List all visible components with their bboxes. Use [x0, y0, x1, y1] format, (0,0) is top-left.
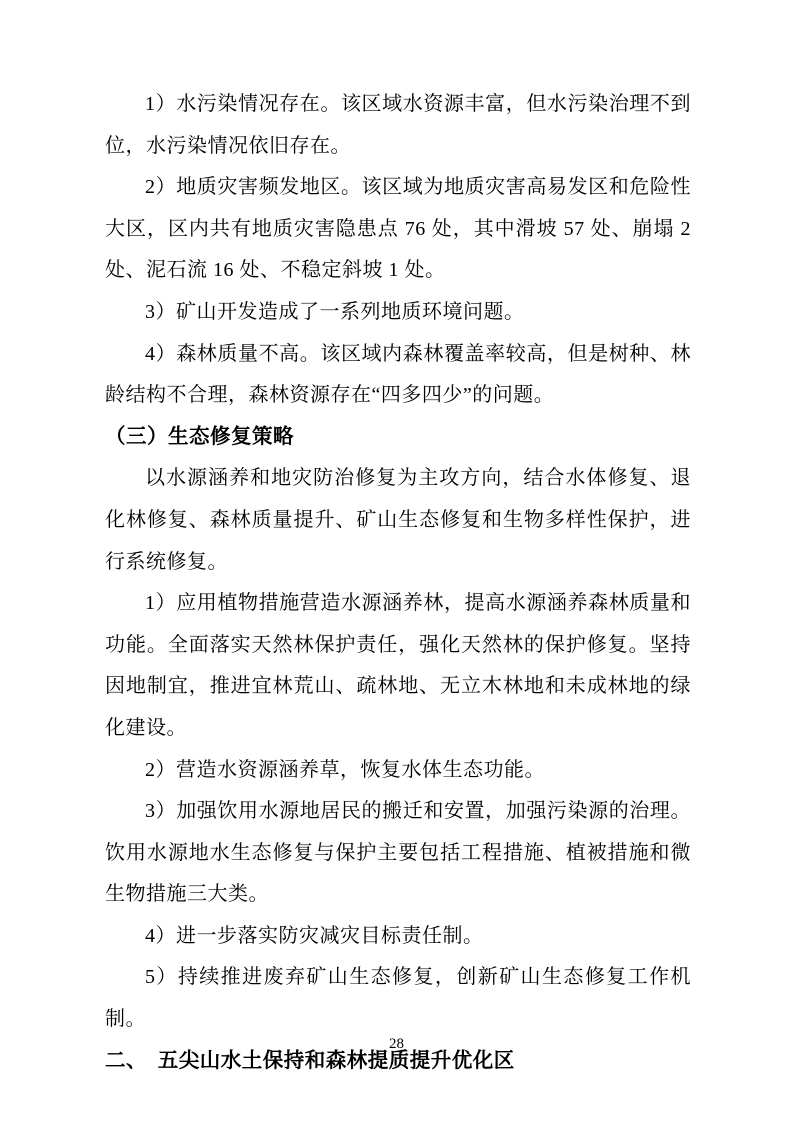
- paragraph-strategy-item-4: 4）进一步落实防灾减灾目标责任制。: [105, 916, 691, 958]
- paragraph-geological-hazards: 2）地质灾害频发地区。该区域为地质灾害高易发区和危险性大区，区内共有地质灾害隐患…: [105, 167, 691, 292]
- paragraph-water-pollution: 1）水污染情况存在。该区域水资源丰富，但水污染治理不到位，水污染情况依旧存在。: [105, 84, 691, 167]
- paragraph-strategy-item-5: 5）持续推进废弃矿山生态修复，创新矿山生态修复工作机制。: [105, 957, 691, 1040]
- paragraph-strategy-item-2: 2）营造水资源涵养草，恢复水体生态功能。: [105, 750, 691, 792]
- document-page: 1）水污染情况存在。该区域水资源丰富，但水污染治理不到位，水污染情况依旧存在。 …: [0, 0, 793, 1122]
- paragraph-strategy-overview: 以水源涵养和地灾防治修复为主攻方向，结合水体修复、退化林修复、森林质量提升、矿山…: [105, 458, 691, 583]
- subsection-heading-restoration-strategy: （三）生态修复策略: [105, 417, 691, 459]
- paragraph-mining-issues: 3）矿山开发造成了一系列地质环境问题。: [105, 292, 691, 334]
- paragraph-forest-quality: 4）森林质量不高。该区域内森林覆盖率较高，但是树种、林龄结构不合理，森林资源存在…: [105, 334, 691, 417]
- document-body: 1）水污染情况存在。该区域水资源丰富，但水污染治理不到位，水污染情况依旧存在。 …: [105, 84, 691, 1082]
- page-number: 28: [0, 1034, 793, 1054]
- paragraph-strategy-item-3: 3）加强饮用水源地居民的搬迁和安置，加强污染源的治理。饮用水源地水生态修复与保护…: [105, 791, 691, 916]
- paragraph-strategy-item-1: 1）应用植物措施营造水源涵养林，提高水源涵养森林质量和功能。全面落实天然林保护责…: [105, 583, 691, 749]
